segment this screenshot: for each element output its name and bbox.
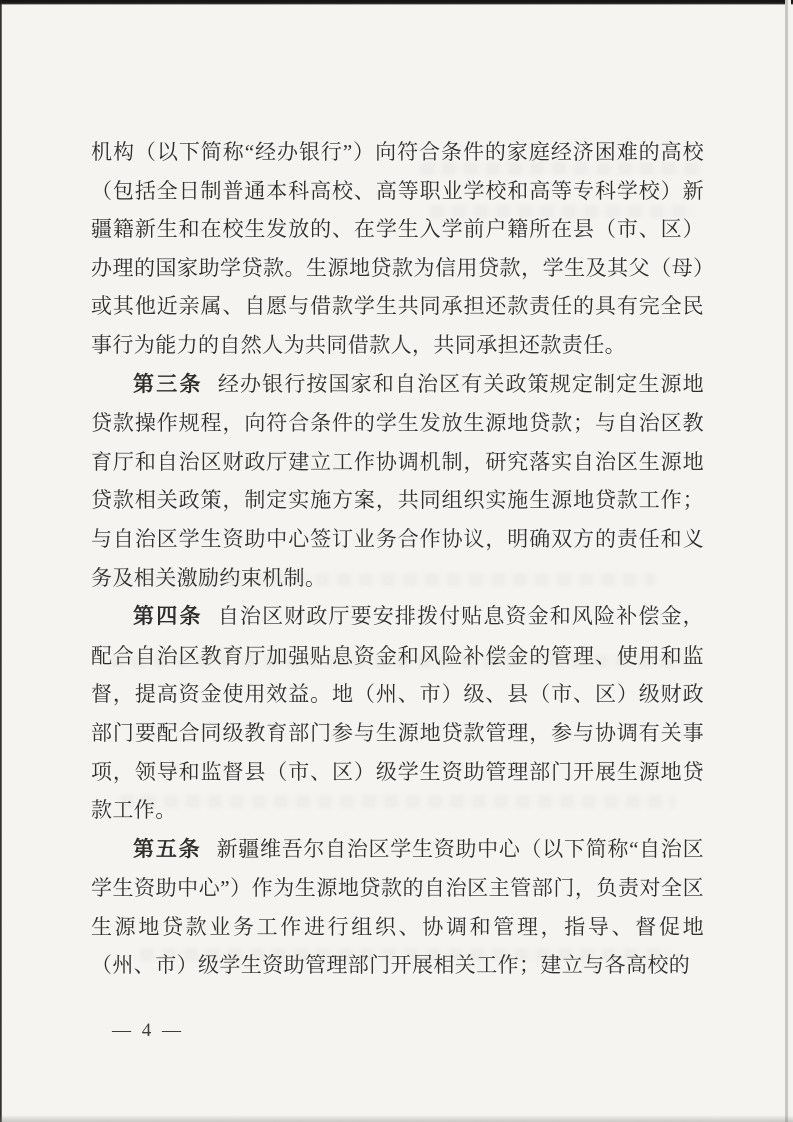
article-number: 第五条 — [133, 838, 201, 861]
scan-edge-left — [0, 0, 2, 1122]
paragraph-text: 自治区财政厅要安排拨付贴息资金和风险补偿金，配合自治区教育厅加强贴息资金和风险补… — [91, 604, 704, 822]
body-paragraph: 第五条新疆维吾尔自治区学生资助中心（以下简称“自治区学生资助中心”）作为生源地贷… — [91, 830, 704, 985]
article-number: 第三条 — [133, 373, 203, 396]
scan-edge-bottom — [0, 1115, 793, 1122]
article-number: 第四条 — [133, 605, 203, 628]
page-body: 机构（以下简称“经办银行”）向符合条件的家庭经济困难的高校（包括全日制普通本科高… — [91, 133, 704, 985]
scan-edge-top — [0, 0, 793, 5]
paragraph-text: 机构（以下简称“经办银行”）向符合条件的家庭经济困难的高校（包括全日制普通本科高… — [91, 140, 704, 357]
scan-edge-right — [785, 0, 788, 1122]
body-paragraph: 第四条自治区财政厅要安排拨付贴息资金和风险补偿金，配合自治区教育厅加强贴息资金和… — [91, 597, 704, 830]
body-paragraph: 第三条经办银行按国家和自治区有关政策规定制定生源地贷款操作规程，向符合条件的学生… — [91, 365, 704, 598]
scanned-document-page: 机构（以下简称“经办银行”）向符合条件的家庭经济困难的高校（包括全日制普通本科高… — [0, 0, 793, 1122]
page-number: — 4 — — [112, 1020, 184, 1042]
paragraph-text: 经办银行按国家和自治区有关政策规定制定生源地贷款操作规程，向符合条件的学生发放生… — [91, 372, 704, 590]
body-paragraph: 机构（以下简称“经办银行”）向符合条件的家庭经济困难的高校（包括全日制普通本科高… — [91, 133, 704, 365]
